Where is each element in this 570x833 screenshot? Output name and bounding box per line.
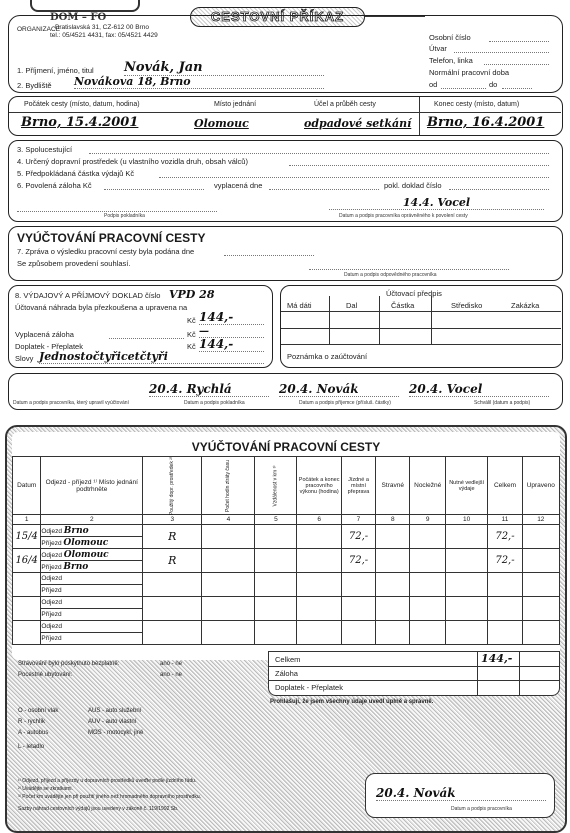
legend2-0: AUS - auto služební xyxy=(88,708,141,714)
agree-label: Se způsobem provedení souhlasí. xyxy=(17,259,130,268)
header-section: ORGANIZACE 1. Příjmení, jméno, titul Nov… xyxy=(8,15,563,93)
legend-2: A - autobus xyxy=(18,730,48,736)
department-label: Útvar xyxy=(429,44,447,53)
col-route: Odjezd - příjezd ¹⁾ Místo jednání podtrh… xyxy=(41,457,143,515)
cashier-sig-label: Podpis pokladníka xyxy=(104,213,145,219)
back-table-area: VYÚČTOVÁNÍ PRACOVNÍ CESTY Datum Odjezd -… xyxy=(12,432,560,660)
paid-advance-label: Vyplacená záloha xyxy=(15,330,74,339)
col-lodging: Nocležné xyxy=(410,457,446,515)
report-date-field[interactable] xyxy=(224,247,314,256)
back-advance-label: Záloha xyxy=(275,669,298,678)
employee-sig-label: Datum a podpis pracovníka xyxy=(451,806,512,812)
signatures-section: Datum a podpis pracovníka, který upravil… xyxy=(8,373,563,410)
settlement-section: VYÚČTOVÁNÍ PRACOVNÍ CESTY 7. Zpráva o vý… xyxy=(8,226,563,281)
col-transport: Použitý dopr. prostředek ²⁾ xyxy=(143,457,202,515)
lodging-label: Pocestné ubytování: xyxy=(18,672,72,678)
total-value[interactable]: 144,- xyxy=(481,652,512,665)
to-field[interactable] xyxy=(502,80,532,89)
back-balance-label: Doplatek - Přeplatek xyxy=(275,683,343,692)
row-total[interactable]: 72,- xyxy=(488,549,522,573)
trip-end-field[interactable]: Brno, 16.4.2001 xyxy=(427,115,544,130)
surname-label: 1. Příjmení, jméno, titul xyxy=(17,66,94,75)
col-lost-hours: Počet hodin ztráty času xyxy=(202,457,255,515)
organization-label: ORGANIZACE xyxy=(17,26,60,33)
accounting-title: Účtovací předpis xyxy=(386,289,442,298)
col-num-2: 2 xyxy=(41,515,143,525)
accounting-section: Účtovací předpis Má dáti Dal Částka Stře… xyxy=(280,285,563,368)
currency-2: Kč xyxy=(187,330,196,339)
residence-field[interactable]: Novákova 18, Brno xyxy=(74,75,324,89)
receipt-label: pokl. doklad číslo xyxy=(384,181,442,190)
row-departure[interactable]: Olomouc xyxy=(64,550,109,560)
trip-purpose-field[interactable]: odpadové setkání xyxy=(304,117,411,130)
words-label: Slovy xyxy=(15,354,33,363)
expected-cost-field[interactable] xyxy=(159,169,549,178)
row-date[interactable]: 16/4 xyxy=(13,549,41,573)
companions-field[interactable] xyxy=(89,145,549,154)
row-fare[interactable]: 72,- xyxy=(341,549,375,573)
advance-field[interactable] xyxy=(104,181,204,190)
row-total[interactable]: 72,- xyxy=(488,525,522,549)
meals-label: Stravování bylo poskytnuto bezplatně: xyxy=(18,661,119,667)
col-fare: Jízdné a místní přeprava xyxy=(341,457,375,515)
accounting-note-label: Poznámka o zaúčtování xyxy=(287,352,367,361)
authorizer-sig-label: Datum a podpis pracovníka oprávněného k … xyxy=(339,213,468,219)
accounting-col-amount: Částka xyxy=(391,301,414,310)
table-row: 16/4 Odjezd Olomouc R 72,- 72,- xyxy=(13,549,560,561)
words-field[interactable]: Jednostočtyřicetčtyři xyxy=(39,350,264,364)
row-arrival[interactable]: Olomouc xyxy=(63,538,108,548)
table-row: 15/4 Odjezd Brno R 72,- 72,- xyxy=(13,525,560,537)
trip-purpose-header: Účel a průběh cesty xyxy=(314,101,376,108)
row-fare[interactable]: 72,- xyxy=(341,525,375,549)
trip-place-field[interactable]: Olomouc xyxy=(194,117,249,130)
voucher-section: 8. VÝDAJOVÝ A PŘÍJMOVÝ DOKLAD číslo VPD … xyxy=(8,285,273,368)
personal-number-label: Osobní číslo xyxy=(429,33,471,42)
to-label: do xyxy=(489,80,497,89)
authorizer-sig-field[interactable]: 14.4. Vocel xyxy=(329,196,544,210)
settlement-title: VYÚČTOVÁNÍ PRACOVNÍ CESTY xyxy=(17,231,205,245)
col-meals: Stravné xyxy=(376,457,410,515)
meals-value[interactable]: ano - ne xyxy=(160,661,182,667)
trip-start-header: Počátek cesty (místo, datum, hodina) xyxy=(24,101,140,108)
col-distance: Vzdálenost v km ³⁾ xyxy=(255,457,297,515)
legend-0: O - osobní vlak xyxy=(18,708,58,714)
accounting-col-debit: Má dáti xyxy=(287,301,312,310)
responsible-sig-field[interactable] xyxy=(309,261,509,270)
cashier-sig-field[interactable] xyxy=(17,203,217,212)
trip-section: Počátek cesty (místo, datum, hodina) Mís… xyxy=(8,96,563,136)
row-transport[interactable]: R xyxy=(143,549,202,573)
trip-place-header: Místo jednání xyxy=(214,101,256,108)
footnote-1: ¹⁾ Odjezd, příjezd a příjezdy u dopravní… xyxy=(18,778,196,784)
footnote-4: Sazby náhrad cestovních výdajů jsou uved… xyxy=(18,806,178,812)
from-field[interactable] xyxy=(441,80,486,89)
row-transport[interactable]: R xyxy=(143,525,202,549)
legend-1: R - rychlík xyxy=(18,719,45,725)
phone-label: Telefon, linka xyxy=(429,56,473,65)
currency-1: Kč xyxy=(187,316,196,325)
accounting-col-order: Zakázka xyxy=(511,301,539,310)
trip-end-header: Konec cesty (místo, datum) xyxy=(434,101,519,108)
table-row: Odjezd xyxy=(13,621,560,633)
col-num-1: 1 xyxy=(13,515,41,525)
col-total: Celkem xyxy=(488,457,522,515)
employee-sig-section: 20.4. Novák Datum a podpis pracovníka xyxy=(365,773,555,818)
checked-amount[interactable]: 144,- xyxy=(199,310,264,325)
paid-on-label: vyplacená dne xyxy=(214,181,262,190)
companions-label: 3. Spolucestující xyxy=(17,145,72,154)
accounting-col-credit: Dal xyxy=(346,301,357,310)
table-row: Odjezd xyxy=(13,597,560,609)
legend-3: L - letadlo xyxy=(18,744,44,750)
signature-label-2: Datum a podpis pokladníka xyxy=(184,400,245,406)
signature-label-4: Schválil (datum a podpis) xyxy=(474,400,530,406)
surname-field[interactable]: Novák, Jan xyxy=(124,60,324,76)
signature-label-1: Datum a podpis pracovníka, který upravil… xyxy=(13,400,129,406)
row-arrival[interactable]: Brno xyxy=(63,562,88,572)
legend2-2: MOS - motocykl, jiné xyxy=(88,730,143,736)
from-label: od xyxy=(429,80,437,89)
signature-field-3[interactable]: 20.4. Vocel xyxy=(409,382,549,397)
transport-label: 4. Určený dopravní prostředek (u vlastní… xyxy=(17,157,248,166)
col-work-hours: Počátek a konec pracovního výkonu (hodin… xyxy=(297,457,342,515)
personal-number-field[interactable] xyxy=(489,33,549,42)
back-title: VYÚČTOVÁNÍ PRACOVNÍ CESTY xyxy=(12,440,560,454)
table-row: Odjezd xyxy=(13,573,560,585)
trip-start-field[interactable]: Brno, 15.4.2001 xyxy=(21,115,138,130)
employee-sig-field[interactable]: 20.4. Novák xyxy=(376,786,546,801)
lodging-value[interactable]: ano - ne xyxy=(160,672,182,678)
accounting-col-center: Středisko xyxy=(451,301,482,310)
total-label: Celkem xyxy=(275,655,300,664)
col-other: Nutné vedlejší výdaje xyxy=(445,457,487,515)
transport-field[interactable] xyxy=(289,157,549,166)
advance-label: 6. Povolená záloha Kč xyxy=(17,181,92,190)
declaration: Prohlašuji, že jsem všechny údaje uvedl … xyxy=(270,699,433,705)
totals-section: Celkem 144,- Záloha Doplatek - Přeplatek xyxy=(268,651,560,696)
signature-field-1[interactable]: 20.4. Rychlá xyxy=(149,382,269,397)
voucher-number[interactable]: VPD 28 xyxy=(169,288,214,301)
footnote-2: ²⁾ Uvádějte se zkratkami. xyxy=(18,786,73,792)
legend2-1: AUV - auto vlastní xyxy=(88,719,136,725)
row-date[interactable]: 15/4 xyxy=(13,525,41,549)
col-adjusted: Upraveno xyxy=(522,457,559,515)
residence-label: 2. Bydliště xyxy=(17,81,52,90)
responsible-sig-label: Datum a podpis odpovědného pracovníka xyxy=(344,272,437,278)
department-field[interactable] xyxy=(454,44,549,53)
phone-field[interactable] xyxy=(484,56,549,65)
row-departure[interactable]: Brno xyxy=(64,526,89,536)
col-date: Datum xyxy=(13,457,41,515)
footnote-3: ³⁾ Počet km uvádějte jen při použití jin… xyxy=(18,794,201,800)
expense-table: Datum Odjezd - příjezd ¹⁾ Místo jednání … xyxy=(12,456,560,645)
report-label: 7. Zpráva o výsledku pracovní cesty byla… xyxy=(17,247,194,256)
voucher-label: 8. VÝDAJOVÝ A PŘÍJMOVÝ DOKLAD číslo xyxy=(15,291,160,300)
receipt-field[interactable] xyxy=(449,181,549,190)
expected-cost-label: 5. Předpokládaná částka výdajů Kč xyxy=(17,169,134,178)
signature-field-2[interactable]: 20.4. Novák xyxy=(279,382,399,397)
working-hours-label: Normální pracovní doba xyxy=(429,68,509,77)
details-section: 3. Spolucestující 4. Určený dopravní pro… xyxy=(8,140,563,222)
paid-on-field[interactable] xyxy=(269,181,379,190)
checked-label: Účtovaná náhrada byla přezkoušena a upra… xyxy=(15,303,187,312)
signature-label-3: Datum a podpis příjemce (přísluš. částky… xyxy=(299,400,391,406)
